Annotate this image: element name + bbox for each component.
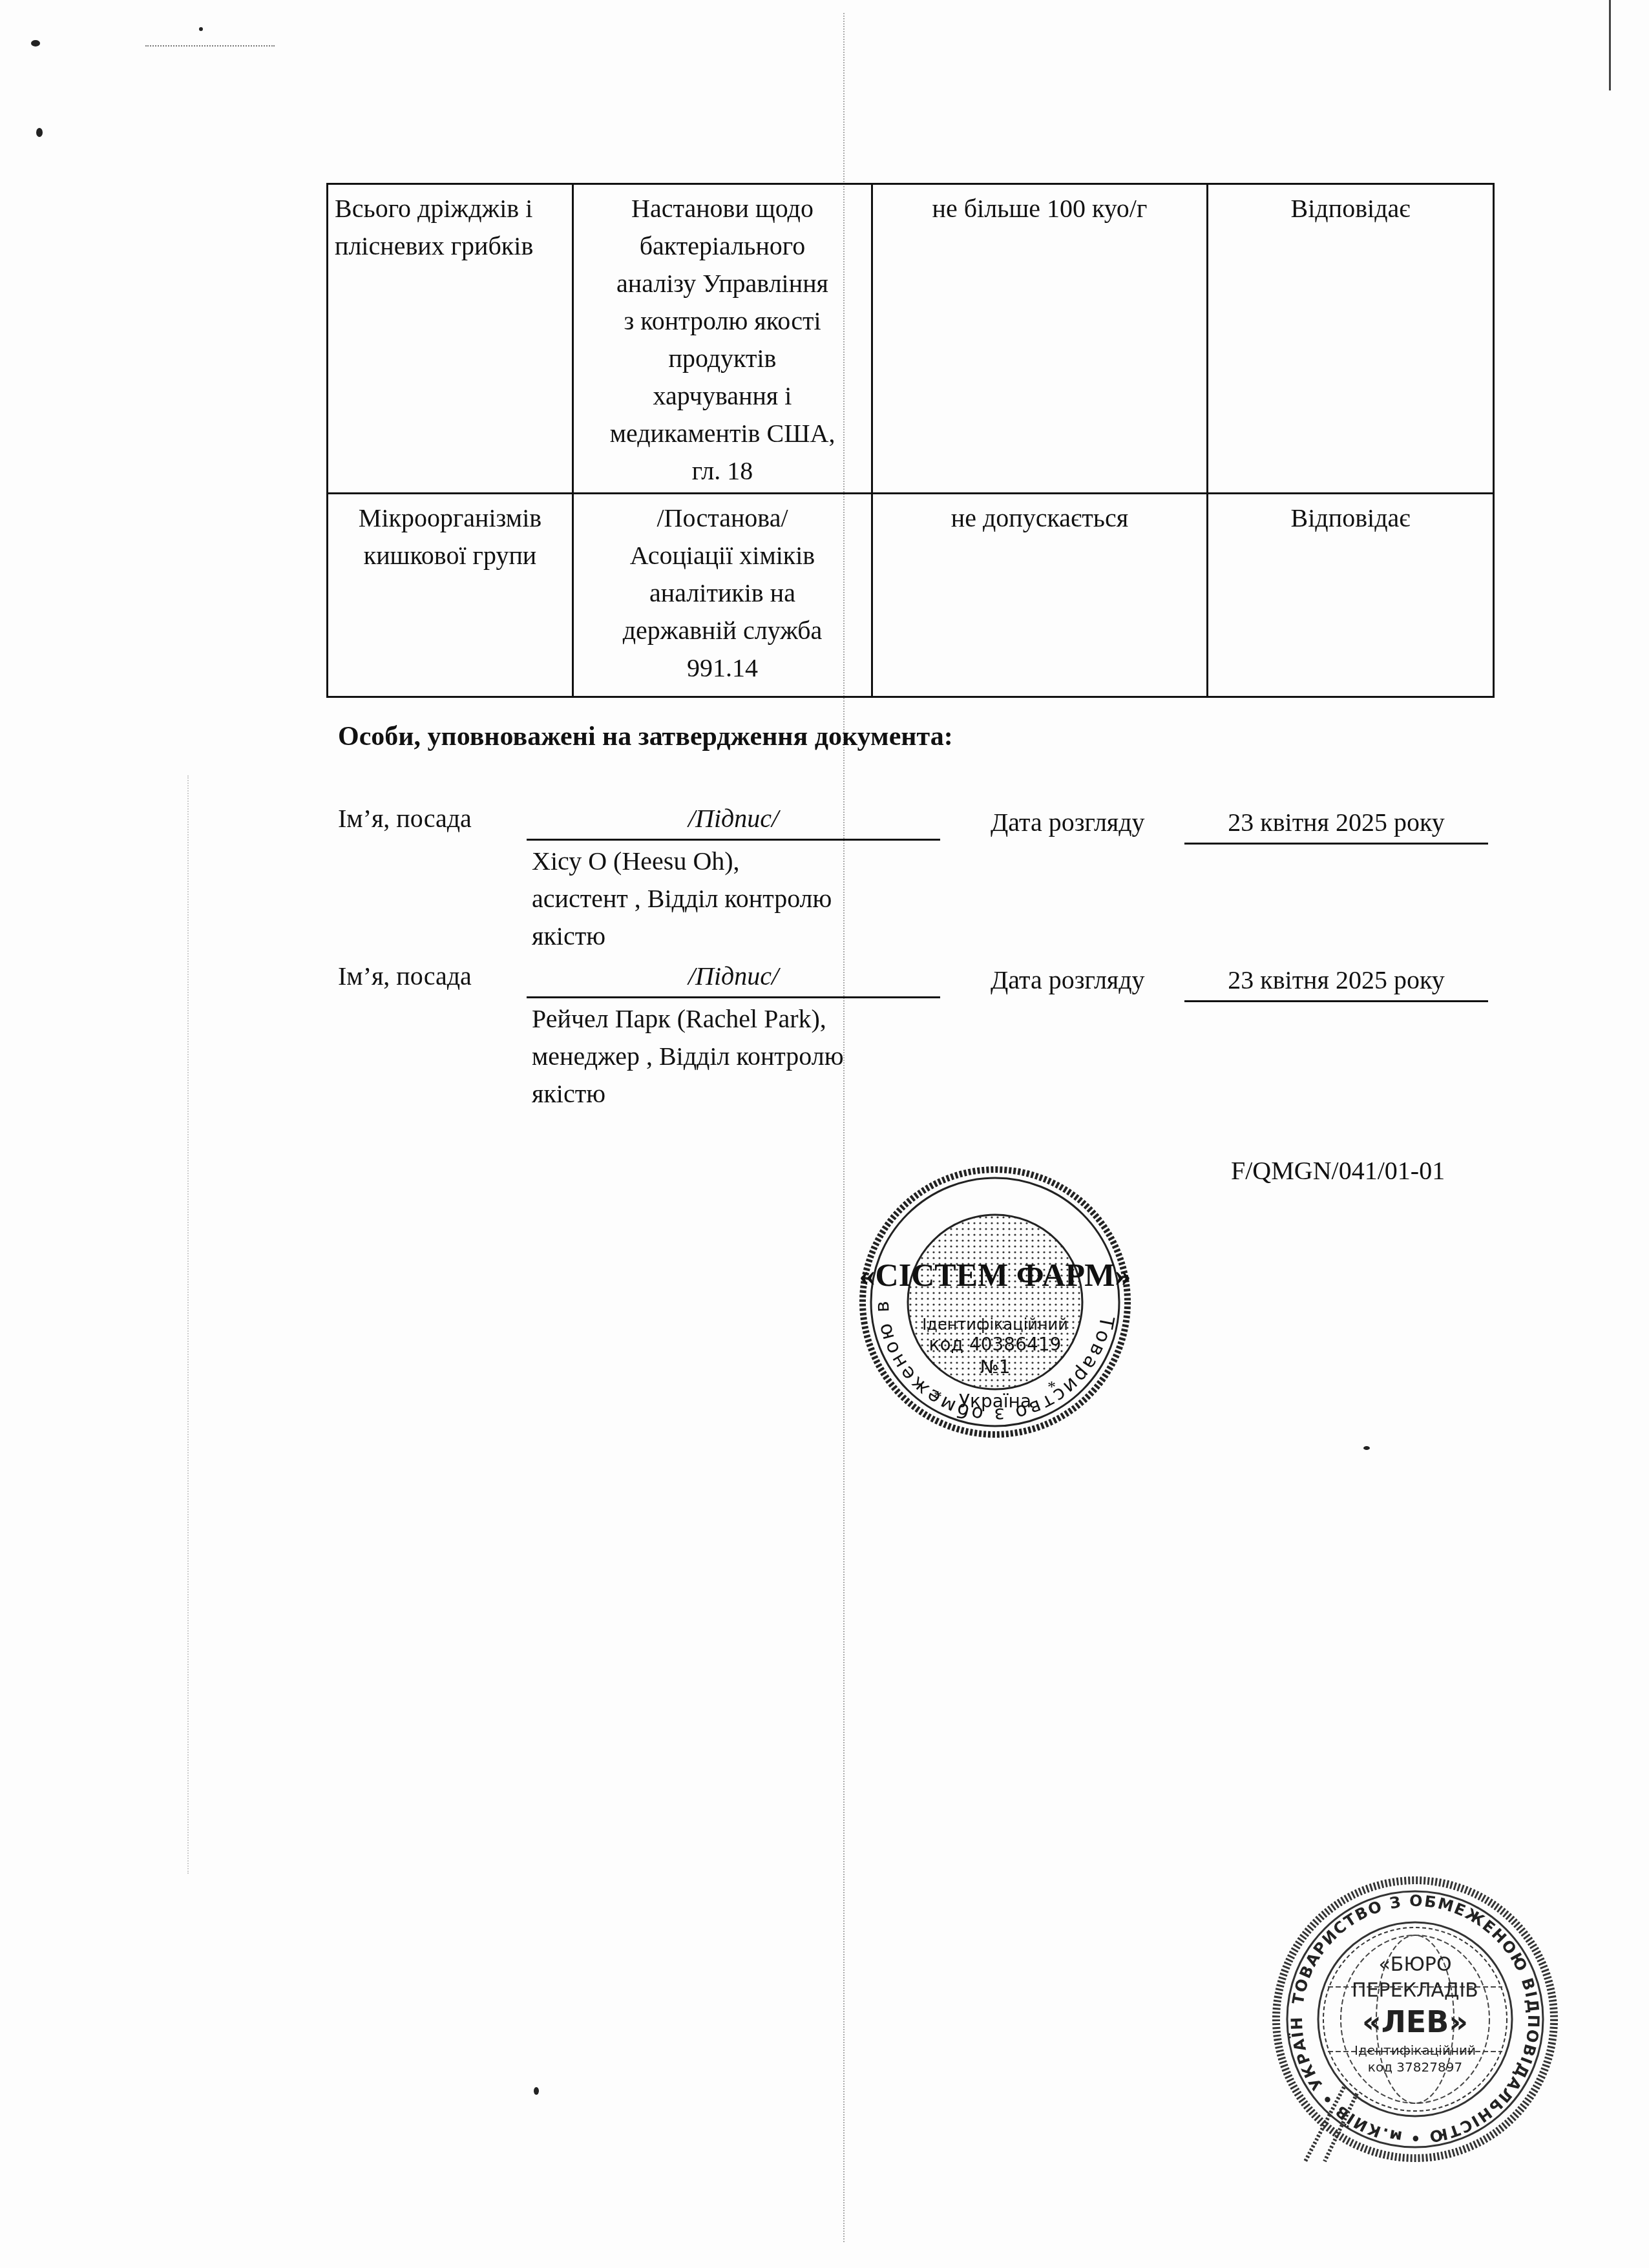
signatory-name: Рейчел Парк (Rachel Park), менеджер , Ві… bbox=[532, 1000, 945, 1113]
result-text: Відповідає bbox=[1215, 499, 1486, 537]
stamp-id-code: код 40386419 bbox=[929, 1334, 1062, 1355]
result-text: Відповідає bbox=[1215, 190, 1486, 227]
star-icon: * bbox=[1047, 1378, 1056, 1396]
review-date-label: Дата розгляду bbox=[991, 961, 1145, 999]
stamp-id-label: Ідентифікаційний bbox=[1354, 2042, 1476, 2058]
scan-speck bbox=[199, 27, 203, 31]
result-cell: Відповідає bbox=[1208, 184, 1494, 494]
method-cell: /Постанова/ Асоціації хіміків аналітиків… bbox=[573, 494, 872, 697]
table-row: Мікроорганізмів кишкової групи /Постанов… bbox=[328, 494, 1494, 697]
scan-edge-line bbox=[1609, 0, 1611, 90]
signatory-name: Хісу О (Heesu Oh), асистент , Відділ кон… bbox=[532, 843, 945, 955]
stamp-id-code: код 37827897 bbox=[1368, 2059, 1462, 2075]
scan-speck bbox=[1363, 1446, 1370, 1450]
stamp-line2: ПЕРЕКЛАДІВ bbox=[1352, 1979, 1478, 2002]
name-position-label: Ім’я, посада bbox=[338, 800, 472, 837]
name-position-label: Ім’я, посада bbox=[338, 958, 472, 995]
review-date-value: 23 квітня 2025 року bbox=[1184, 804, 1488, 845]
method-text: /Постанова/ Асоціації хіміків аналітиків… bbox=[580, 499, 865, 687]
specification-text: не допускається bbox=[879, 499, 1200, 537]
scan-speck bbox=[31, 40, 40, 47]
form-code: F/QMGN/041/01-01 bbox=[1231, 1155, 1445, 1186]
specification-cell: не допускається bbox=[872, 494, 1208, 697]
method-text: Настанови щодо бактеріального аналізу Уп… bbox=[580, 190, 865, 490]
parameter-text: Мікроорганізмів кишкової групи bbox=[335, 499, 565, 574]
scan-margin-line bbox=[187, 775, 189, 1874]
parameter-cell: Всього дріжджів і плісневих грибків bbox=[328, 184, 573, 494]
method-cell: Настанови щодо бактеріального аналізу Уп… bbox=[573, 184, 872, 494]
test-results-table: Всього дріжджів і плісневих грибків Наст… bbox=[326, 183, 1495, 698]
stamp-company-name: «СІСТЕМ ФАРМ» bbox=[859, 1257, 1131, 1293]
parameter-cell: Мікроорганізмів кишкової групи bbox=[328, 494, 573, 697]
stamp-bureau-name: «ЛЕВ» bbox=[1362, 2004, 1468, 2039]
specification-text: не більше 100 куо/г bbox=[879, 190, 1200, 227]
translation-bureau-stamp: ТОВАРИСТВО З ОБМЕЖЕНОЮ ВІДПОВІДАЛЬНІСТЮ … bbox=[1266, 1874, 1577, 2178]
document-page: Всього дріжджів і плісневих грибків Наст… bbox=[0, 0, 1649, 2268]
star-icon: * bbox=[934, 1387, 942, 1406]
stamp-country: Україна bbox=[959, 1391, 1031, 1412]
company-seal-stamp: Товариство з обмеженою відповідальністю … bbox=[856, 1163, 1134, 1441]
stamp-id-label: Ідентифікаційний bbox=[922, 1316, 1068, 1334]
approvals-heading: Особи, уповноважені на затвердження доку… bbox=[338, 721, 953, 752]
stamp-line1: «БЮРО bbox=[1378, 1953, 1451, 1976]
stamp-number: №1 bbox=[980, 1356, 1011, 1378]
scan-line bbox=[145, 45, 275, 47]
review-date-label: Дата розгляду bbox=[991, 804, 1145, 841]
signature-field: /Підпис/ bbox=[527, 958, 940, 998]
signature-field: /Підпис/ bbox=[527, 800, 940, 841]
scan-speck bbox=[534, 2087, 539, 2095]
result-cell: Відповідає bbox=[1208, 494, 1494, 697]
review-date-value: 23 квітня 2025 року bbox=[1184, 961, 1488, 1002]
table-row: Всього дріжджів і плісневих грибків Наст… bbox=[328, 184, 1494, 494]
scan-speck bbox=[36, 128, 43, 137]
specification-cell: не більше 100 куо/г bbox=[872, 184, 1208, 494]
parameter-text: Всього дріжджів і плісневих грибків bbox=[335, 190, 565, 265]
